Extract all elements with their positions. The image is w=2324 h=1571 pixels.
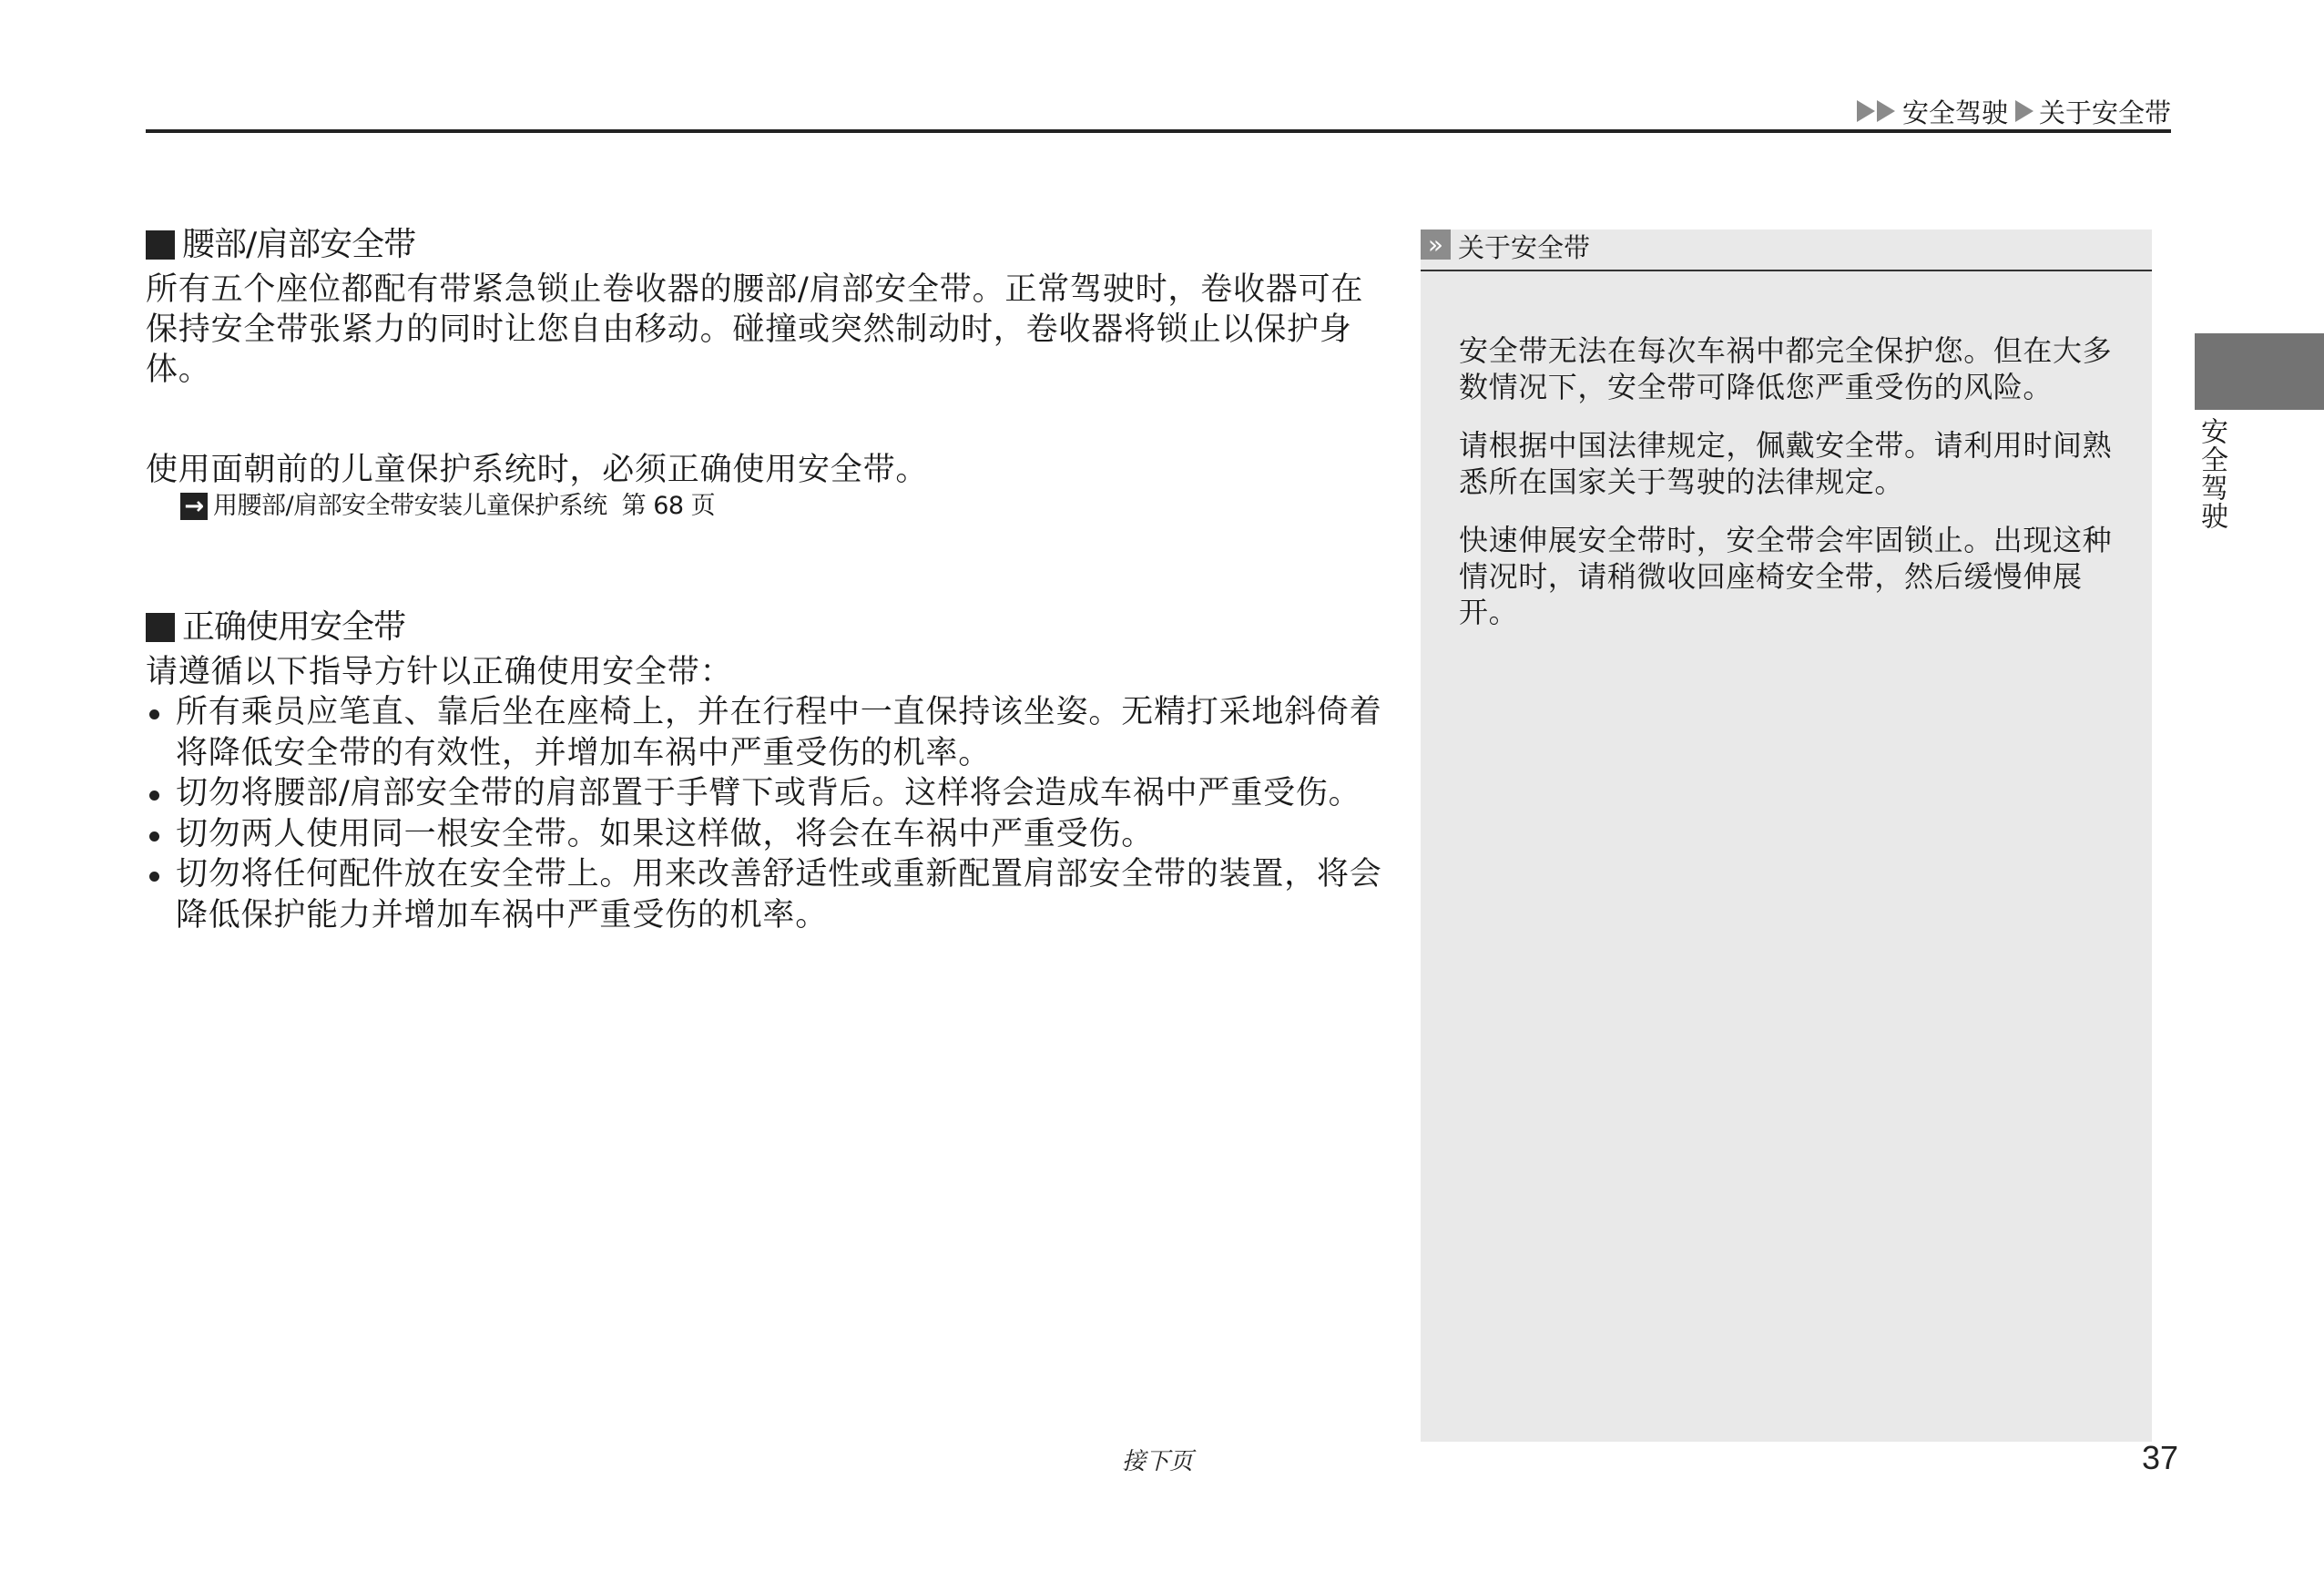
list-item: 切勿两人使用同一根安全带。如果这样做，将会在车祸中严重受伤。	[146, 814, 1384, 855]
list-item-text: 切勿两人使用同一根安全带。如果这样做，将会在车祸中严重受伤。	[176, 816, 1154, 852]
sidebar-paragraph: 请根据中国法律规定，佩戴安全带。请利用时间熟悉所在国家关于驾驶的法律规定。	[1459, 428, 2128, 500]
page-number: 37	[2142, 1439, 2178, 1477]
list-item-text: 所有乘员应笔直、靠后坐在座椅上，并在行程中一直保持该坐姿。无精打采地斜倚着将降低…	[176, 694, 1382, 771]
list-item: 切勿将任何配件放在安全带上。用来改善舒适性或重新配置肩部安全带的装置，将会降低保…	[146, 854, 1384, 935]
sidebar-paragraph: 安全带无法在每次车祸中都完全保护您。但在大多数情况下，安全带可降低您严重受伤的风…	[1459, 333, 2128, 405]
sidebar-header: » 关于安全带	[1421, 230, 2152, 270]
double-chevron-right-icon: »	[1421, 230, 1451, 260]
breadcrumb-page: 关于安全带	[2039, 93, 2171, 130]
sidebar-header-rule	[1421, 270, 2152, 271]
list-item: 所有乘员应笔直、靠后坐在座椅上，并在行程中一直保持该坐姿。无精打采地斜倚着将降低…	[146, 692, 1384, 773]
chapter-tab-label[interactable]: 安全驾驶	[2191, 417, 2231, 536]
triangle-right-icon	[1877, 100, 1895, 122]
section-heading-lap-shoulder-belt: 腰部/肩部安全带	[146, 224, 1384, 266]
main-content: 腰部/肩部安全带 所有五个座位都配有带紧急锁止卷收器的腰部/肩部安全带。正常驾驶…	[146, 224, 1384, 935]
list-item-text: 切勿将腰部/肩部安全带的肩部置于手臂下或背后。这样将会造成车祸中严重受伤。	[176, 775, 1361, 811]
arrow-right-icon: →	[180, 493, 208, 520]
section-heading-text: 正确使用安全带	[182, 607, 405, 648]
bullet-dot-icon	[149, 831, 159, 842]
guideline-list: 所有乘员应笔直、靠后坐在座椅上，并在行程中一直保持该坐姿。无精打采地斜倚着将降低…	[146, 692, 1384, 935]
cross-reference-page[interactable]: 第 68 页	[622, 488, 716, 525]
cross-reference-text[interactable]: 用腰部/肩部安全带安装儿童保护系统	[213, 488, 607, 525]
sidebar-body: 安全带无法在每次车祸中都完全保护您。但在大多数情况下，安全带可降低您严重受伤的风…	[1421, 270, 2152, 631]
sidebar-note-panel: » 关于安全带 安全带无法在每次车祸中都完全保护您。但在大多数情况下，安全带可降…	[1421, 230, 2152, 1442]
chapter-tab-text[interactable]: 安全驾驶	[2191, 417, 2231, 530]
paragraph: 所有五个座位都配有带紧急锁止卷收器的腰部/肩部安全带。正常驾驶时，卷收器可在保持…	[146, 270, 1384, 390]
list-item-text: 切勿将任何配件放在安全带上。用来改善舒适性或重新配置肩部安全带的装置，将会降低保…	[176, 856, 1382, 933]
square-bullet-icon	[146, 230, 175, 260]
breadcrumb: 安全驾驶 关于安全带	[1857, 91, 2171, 131]
continued-next-page: 接下页	[1122, 1443, 1193, 1476]
section-heading-text: 腰部/肩部安全带	[182, 224, 415, 266]
square-bullet-icon	[146, 613, 175, 642]
sidebar-title: 关于安全带	[1458, 228, 1590, 265]
bullet-dot-icon	[149, 872, 159, 882]
chapter-tab[interactable]	[2195, 333, 2324, 410]
breadcrumb-section[interactable]: 安全驾驶	[1902, 93, 2008, 130]
cross-reference-link[interactable]: → 用腰部/肩部安全带安装儿童保护系统 第 68 页	[180, 488, 1384, 525]
section-heading-proper-use: 正确使用安全带	[146, 607, 1384, 648]
bullet-dot-icon	[149, 709, 159, 719]
bullet-dot-icon	[149, 791, 159, 801]
header-rule	[146, 129, 2171, 133]
paragraph: 使用面朝前的儿童保护系统时，必须正确使用安全带。	[146, 450, 1384, 490]
triangle-right-icon	[2015, 100, 2033, 122]
sidebar-paragraph: 快速伸展安全带时，安全带会牢固锁止。出现这种情况时，请稍微收回座椅安全带，然后缓…	[1459, 523, 2128, 631]
list-item: 切勿将腰部/肩部安全带的肩部置于手臂下或背后。这样将会造成车祸中严重受伤。	[146, 773, 1384, 814]
paragraph-intro: 请遵循以下指导方针以正确使用安全带：	[146, 652, 1384, 692]
triangle-right-icon	[1857, 100, 1875, 122]
